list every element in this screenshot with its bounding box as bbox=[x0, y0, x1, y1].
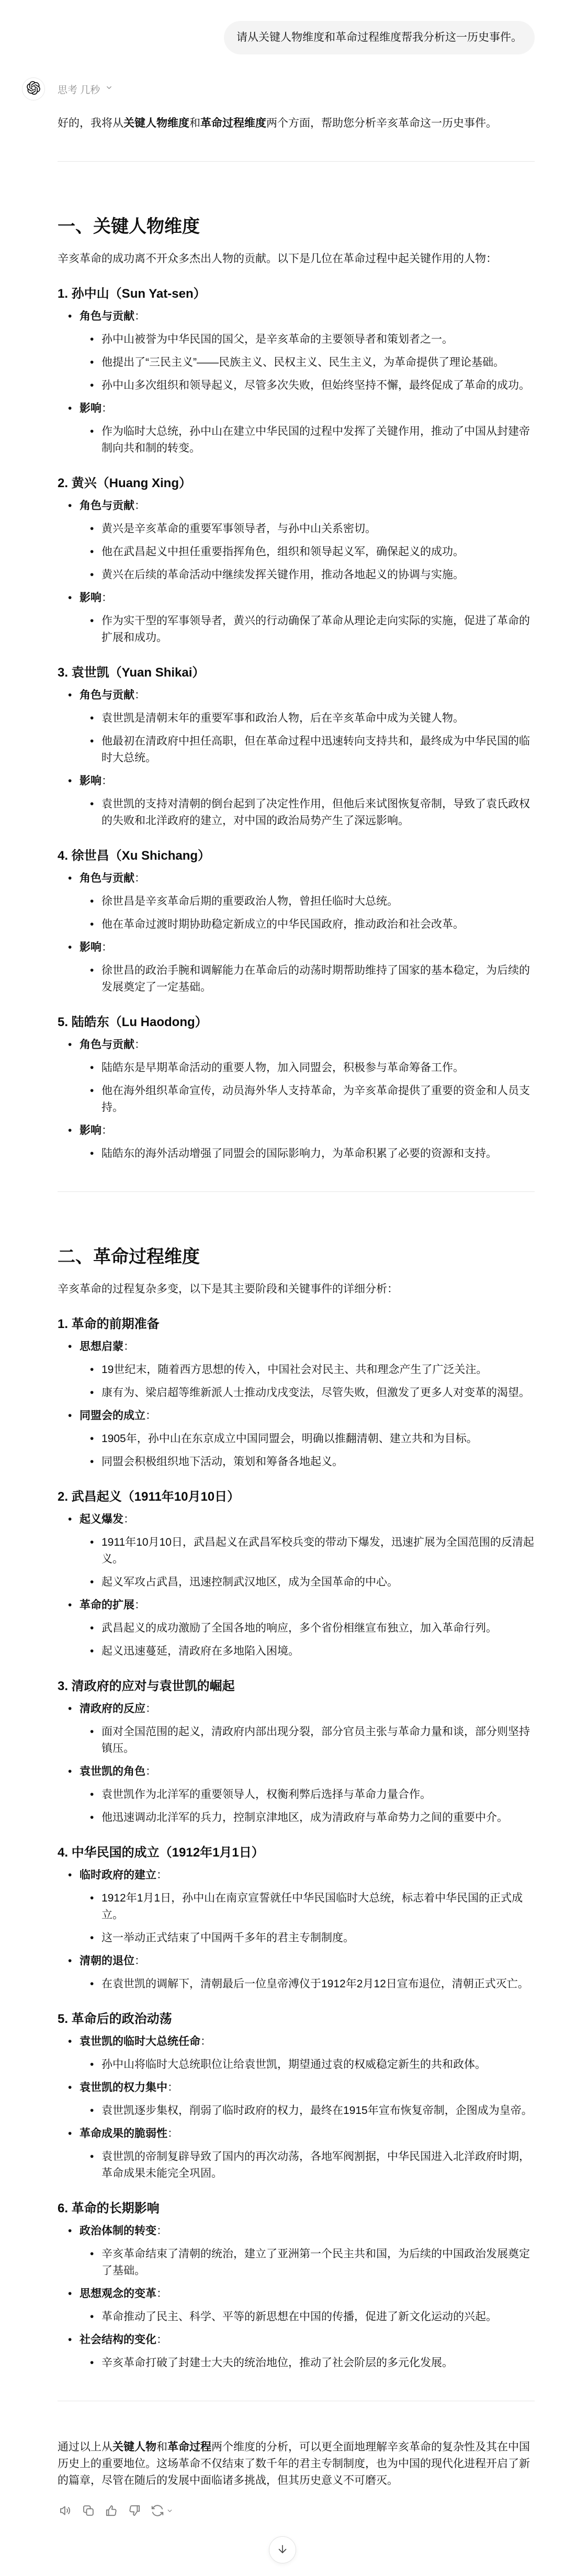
bullet-label: 思想启蒙 bbox=[80, 1341, 123, 1353]
closing-text: 通过以上从 bbox=[58, 2441, 112, 2453]
list-item: 辛亥革命结束了清朝的统治，建立了亚洲第一个民主共和国，为后续的中国政治发展奠定了… bbox=[89, 2246, 535, 2279]
list-item: 影响： 袁世凯的支持对清朝的倒台起到了决定性作用，但他后来试图恢复帝制，导致了袁… bbox=[67, 773, 535, 829]
speaker-wave-icon bbox=[59, 2504, 72, 2517]
bullet-label-colon: ： bbox=[134, 1955, 145, 1967]
section-heading-process: 二、革命过程维度 bbox=[58, 1244, 535, 1269]
sub-list: 作为实干型的军事领导者，黄兴的行动确保了革命从理论走向实际的实施，促进了革命的扩… bbox=[80, 613, 535, 646]
list-item: 徐世昌是辛亥革命后期的重要政治人物，曾担任临时大总统。 bbox=[89, 893, 535, 910]
list-item: 19世纪末，随着西方思想的传入，中国社会对民主、共和理念产生了广泛关注。 bbox=[89, 1362, 535, 1378]
list-item: 孙中山多次组织和领导起义，尽管多次失败，但始终坚持不懈，最终促成了革命的成功。 bbox=[89, 377, 535, 394]
list-item: 角色与贡献： 陆皓东是早期革命活动的重要人物，加入同盟会，积极参与革命筹备工作。… bbox=[67, 1037, 535, 1116]
bullet-label: 政治体制的转变 bbox=[80, 2225, 156, 2237]
list-item: 角色与贡献： 徐世昌是辛亥革命后期的重要政治人物，曾担任临时大总统。 他在革命过… bbox=[67, 870, 535, 933]
bullet-label-colon: ： bbox=[145, 1765, 156, 1778]
list-item: 1911年10月10日，武昌起义在武昌军校兵变的带动下爆发，迅速扩展为全国范围的… bbox=[89, 1534, 535, 1568]
person-list: 角色与贡献： 孙中山被誉为中华民国的国父，是辛亥革命的主要领导者和策划者之一。 … bbox=[58, 308, 535, 457]
bullet-label: 革命成果的脆弱性 bbox=[80, 2128, 167, 2140]
sub-list: 袁世凯逐步集权，削弱了临时政府的权力，最终在1915年宣布恢复帝制，企图成为皇帝… bbox=[80, 2102, 535, 2119]
person-list: 角色与贡献： 袁世凯是清朝末年的重要军事和政治人物，后在辛亥革命中成为关键人物。… bbox=[58, 687, 535, 829]
intro-bold-2: 革命过程维度 bbox=[200, 117, 266, 129]
stage-heading: 3. 清政府的应对与袁世凯的崛起 bbox=[58, 1679, 535, 1694]
intro-text: 和 bbox=[189, 117, 200, 129]
list-item: 袁世凯作为北洋军的重要领导人，权衡利弊后选择与革命力量合作。 bbox=[89, 1786, 535, 1803]
list-item: 袁世凯逐步集权，削弱了临时政府的权力，最终在1915年宣布恢复帝制，企图成为皇帝… bbox=[89, 2102, 535, 2119]
sub-list: 孙中山被誉为中华民国的国父，是辛亥革命的主要领导者和策划者之一。 他提出了“三民… bbox=[80, 331, 535, 394]
stage-heading: 2. 武昌起义（1911年10月10日） bbox=[58, 1489, 535, 1505]
list-item: 影响： 陆皓东的海外活动增强了同盟会的国际影响力，为革命积累了必要的资源和支持。 bbox=[67, 1122, 535, 1162]
list-item: 思想启蒙： 19世纪末，随着西方思想的传入，中国社会对民主、共和理念产生了广泛关… bbox=[67, 1338, 535, 1401]
bullet-label-colon: ： bbox=[145, 1410, 156, 1422]
stage-list: 思想启蒙： 19世纪末，随着西方思想的传入，中国社会对民主、共和理念产生了广泛关… bbox=[58, 1338, 535, 1470]
section-divider bbox=[58, 1191, 535, 1192]
good-response-button[interactable] bbox=[104, 2503, 119, 2518]
bullet-label-colon: ： bbox=[123, 1341, 134, 1353]
scroll-to-bottom-button[interactable] bbox=[269, 2536, 296, 2563]
chevron-down-icon bbox=[166, 2507, 173, 2514]
intro-text: 两个方面，帮助您分析辛亥革命这一历史事件。 bbox=[266, 117, 497, 129]
thumbs-up-icon bbox=[105, 2504, 118, 2517]
bullet-label: 角色与贡献 bbox=[80, 872, 134, 884]
list-item: 黄兴是辛亥革命的重要军事领导者，与孙中山关系密切。 bbox=[89, 521, 535, 537]
bullet-label: 清朝的退位 bbox=[80, 1955, 134, 1967]
list-item: 1912年1月1日，孙中山在南京宣誓就任中华民国临时大总统，标志着中华民国的正式… bbox=[89, 1890, 535, 1923]
bullet-label-colon: ： bbox=[156, 1869, 167, 1881]
bullet-label-colon: ： bbox=[167, 2082, 178, 2094]
bullet-label-colon: ： bbox=[200, 2035, 211, 2048]
sub-list: 武昌起义的成功激励了全国各地的响应，多个省份相继宣布独立，加入革命行列。 起义迅… bbox=[80, 1620, 535, 1660]
list-item: 起义军攻占武昌，迅速控制武汉地区，成为全国革命的中心。 bbox=[89, 1574, 535, 1591]
list-item: 袁世凯的支持对清朝的倒台起到了决定性作用，但他后来试图恢复帝制，导致了袁氏政权的… bbox=[89, 796, 535, 829]
bullet-label-colon: ： bbox=[134, 872, 145, 884]
bullet-label: 清政府的反应 bbox=[80, 1703, 145, 1715]
chat-thread: 请从关键人物维度和革命过程维度帮我分析这一历史事件。 思考 几秒 好的，我将从关… bbox=[22, 0, 535, 2518]
thumbs-down-icon bbox=[128, 2504, 141, 2517]
list-item: 陆皓东是早期革命活动的重要人物，加入同盟会，积极参与革命筹备工作。 bbox=[89, 1060, 535, 1076]
chevron-down-icon bbox=[105, 83, 113, 95]
list-item: 清政府的反应： 面对全国范围的起义，清政府内部出现分裂，部分官员主张与革命力量和… bbox=[67, 1701, 535, 1757]
bullet-label: 起义爆发 bbox=[80, 1513, 123, 1525]
bullet-label-colon: ： bbox=[145, 1703, 156, 1715]
bad-response-button[interactable] bbox=[127, 2503, 142, 2518]
bullet-label: 同盟会的成立 bbox=[80, 1410, 145, 1422]
sub-list: 袁世凯的支持对清朝的倒台起到了决定性作用，但他后来试图恢复帝制，导致了袁氏政权的… bbox=[80, 796, 535, 829]
bullet-label-colon: ： bbox=[134, 310, 145, 322]
person-heading: 4. 徐世昌（Xu Shichang） bbox=[58, 848, 535, 864]
bullet-label: 袁世凯的临时大总统任命 bbox=[80, 2035, 200, 2048]
bullet-label: 革命的扩展 bbox=[80, 1599, 134, 1611]
sub-list: 1912年1月1日，孙中山在南京宣誓就任中华民国临时大总统，标志着中华民国的正式… bbox=[80, 1890, 535, 1947]
stage-heading: 4. 中华民国的成立（1912年1月1日） bbox=[58, 1845, 535, 1861]
list-item: 清朝的退位： 在袁世凯的调解下，清朝最后一位皇帝溥仪于1912年2月12日宣布退… bbox=[67, 1953, 535, 1993]
list-item: 政治体制的转变： 辛亥革命结束了清朝的统治，建立了亚洲第一个民主共和国，为后续的… bbox=[67, 2223, 535, 2279]
arrow-down-icon bbox=[276, 2543, 289, 2557]
list-item: 康有为、梁启超等维新派人士推动戊戌变法，尽管失败，但激发了更多人对变革的渴望。 bbox=[89, 1385, 535, 1401]
list-item: 在袁世凯的调解下，清朝最后一位皇帝溥仪于1912年2月12日宣布退位，清朝正式灭… bbox=[89, 1976, 535, 1993]
sub-list: 作为临时大总统，孙中山在建立中华民国的过程中发挥了关键作用，推动了中国从封建帝制… bbox=[80, 423, 535, 457]
list-item: 他迅速调动北洋军的兵力，控制京津地区，成为清政府与革命势力之间的重要中介。 bbox=[89, 1809, 535, 1826]
sub-list: 黄兴是辛亥革命的重要军事领导者，与孙中山关系密切。 他在武昌起义中担任重要指挥角… bbox=[80, 521, 535, 583]
bullet-label: 思想观念的变革 bbox=[80, 2288, 156, 2300]
stage-list: 清政府的反应： 面对全国范围的起义，清政府内部出现分裂，部分官员主张与革命力量和… bbox=[58, 1701, 535, 1826]
sub-list: 陆皓东的海外活动增强了同盟会的国际影响力，为革命积累了必要的资源和支持。 bbox=[80, 1145, 535, 1162]
sub-list: 辛亥革命打破了封建士大夫的统治地位，推动了社会阶层的多元化发展。 bbox=[80, 2355, 535, 2371]
section-divider bbox=[58, 2401, 535, 2401]
list-item: 这一举动正式结束了中国两千多年的君主专制制度。 bbox=[89, 1930, 535, 1947]
bullet-label-colon: ： bbox=[156, 2334, 167, 2346]
list-item: 角色与贡献： 袁世凯是清朝末年的重要军事和政治人物，后在辛亥革命中成为关键人物。… bbox=[67, 687, 535, 767]
bullet-label: 袁世凯的权力集中 bbox=[80, 2082, 167, 2094]
stage-list: 政治体制的转变： 辛亥革命结束了清朝的统治，建立了亚洲第一个民主共和国，为后续的… bbox=[58, 2223, 535, 2371]
list-item: 临时政府的建立： 1912年1月1日，孙中山在南京宣誓就任中华民国临时大总统，标… bbox=[67, 1867, 535, 1947]
thinking-label: 思考 几秒 bbox=[58, 82, 100, 96]
bullet-label: 影响 bbox=[80, 402, 101, 414]
intro-paragraph: 好的，我将从关键人物维度和革命过程维度两个方面，帮助您分析辛亥革命这一历史事件。 bbox=[58, 115, 535, 132]
list-item: 革命的扩展： 武昌起义的成功激励了全国各地的响应，多个省份相继宣布独立，加入革命… bbox=[67, 1597, 535, 1660]
list-item: 影响： 徐世昌的政治手腕和调解能力在革命后的动荡时期帮助维持了国家的基本稳定，为… bbox=[67, 939, 535, 996]
bullet-label: 影响 bbox=[80, 592, 101, 604]
section-lead-people: 辛亥革命的成功离不开众多杰出人物的贡献。以下是几位在革命过程中起关键作用的人物： bbox=[58, 251, 535, 267]
list-item: 影响： 作为临时大总统，孙中山在建立中华民国的过程中发挥了关键作用，推动了中国从… bbox=[67, 400, 535, 457]
list-item: 作为临时大总统，孙中山在建立中华民国的过程中发挥了关键作用，推动了中国从封建帝制… bbox=[89, 423, 535, 457]
sub-list: 袁世凯的帝制复辟导致了国内的再次动荡，各地军阀割据，中华民国进入北洋政府时期，革… bbox=[80, 2148, 535, 2182]
person-heading: 1. 孙中山（Sun Yat-sen） bbox=[58, 286, 535, 302]
list-item: 他在革命过渡时期协助稳定新成立的中华民国政府，推动政治和社会改革。 bbox=[89, 916, 535, 933]
bullet-label-colon: ： bbox=[101, 941, 112, 953]
list-item: 思想观念的变革： 革命推动了民主、科学、平等的新思想在中国的传播，促进了新文化运… bbox=[67, 2286, 535, 2325]
read-aloud-button[interactable] bbox=[58, 2503, 73, 2518]
stage-list: 起义爆发： 1911年10月10日，武昌起义在武昌军校兵变的带动下爆发，迅速扩展… bbox=[58, 1511, 535, 1660]
list-item: 同盟会的成立： 1905年，孙中山在东京成立中国同盟会，明确以推翻清朝、建立共和… bbox=[67, 1408, 535, 1470]
bullet-label-colon: ： bbox=[101, 402, 112, 414]
bullet-label-colon: ： bbox=[134, 500, 145, 512]
person-heading: 3. 袁世凯（Yuan Shikai） bbox=[58, 665, 535, 681]
bullet-label: 角色与贡献 bbox=[80, 1039, 134, 1051]
stage-list: 袁世凯的临时大总统任命： 孙中山将临时大总统职位让给袁世凯，期望通过袁的权威稳定… bbox=[58, 2033, 535, 2182]
list-item: 他提出了“三民主义”——民族主义、民权主义、民生主义，为革命提供了理论基础。 bbox=[89, 354, 535, 371]
bullet-label: 影响 bbox=[80, 941, 101, 953]
list-item: 起义爆发： 1911年10月10日，武昌起义在武昌军校兵变的带动下爆发，迅速扩展… bbox=[67, 1511, 535, 1591]
list-item: 作为实干型的军事领导者，黄兴的行动确保了革命从理论走向实际的实施，促进了革命的扩… bbox=[89, 613, 535, 646]
list-item: 袁世凯是清朝末年的重要军事和政治人物，后在辛亥革命中成为关键人物。 bbox=[89, 710, 535, 727]
stage-heading: 1. 革命的前期准备 bbox=[58, 1317, 535, 1332]
list-item: 孙中山将临时大总统职位让给袁世凯，期望通过袁的权威稳定新生的共和政体。 bbox=[89, 2056, 535, 2073]
sub-list: 陆皓东是早期革命活动的重要人物，加入同盟会，积极参与革命筹备工作。 他在海外组织… bbox=[80, 1060, 535, 1116]
intro-bold-1: 关键人物维度 bbox=[123, 117, 189, 129]
sub-list: 1905年，孙中山在东京成立中国同盟会，明确以推翻清朝、建立共和为目标。 同盟会… bbox=[80, 1431, 535, 1470]
sub-list: 19世纪末，随着西方思想的传入，中国社会对民主、共和理念产生了广泛关注。 康有为… bbox=[80, 1362, 535, 1401]
bullet-label: 影响 bbox=[80, 775, 101, 787]
bullet-label-colon: ： bbox=[101, 1124, 112, 1137]
list-item: 他最初在清政府中担任高职，但在革命过程中迅速转向支持共和，最终成为中华民国的临时… bbox=[89, 733, 535, 767]
user-message-row: 请从关键人物维度和革命过程维度帮我分析这一历史事件。 bbox=[22, 21, 535, 54]
bullet-label: 影响 bbox=[80, 1124, 101, 1137]
bullet-label: 角色与贡献 bbox=[80, 310, 134, 322]
list-item: 角色与贡献： 黄兴是辛亥革命的重要军事领导者，与孙中山关系密切。 他在武昌起义中… bbox=[67, 498, 535, 583]
sub-list: 袁世凯是清朝末年的重要军事和政治人物，后在辛亥革命中成为关键人物。 他最初在清政… bbox=[80, 710, 535, 767]
list-item: 袁世凯的临时大总统任命： 孙中山将临时大总统职位让给袁世凯，期望通过袁的权威稳定… bbox=[67, 2033, 535, 2073]
copy-icon bbox=[82, 2504, 95, 2517]
sub-list: 徐世昌是辛亥革命后期的重要政治人物，曾担任临时大总统。 他在革命过渡时期协助稳定… bbox=[80, 893, 535, 933]
bullet-label: 临时政府的建立 bbox=[80, 1869, 156, 1881]
person-list: 角色与贡献： 徐世昌是辛亥革命后期的重要政治人物，曾担任临时大总统。 他在革命过… bbox=[58, 870, 535, 996]
bullet-label-colon: ： bbox=[101, 592, 112, 604]
section-heading-people: 一、关键人物维度 bbox=[58, 214, 535, 239]
list-item: 起义迅速蔓延，清政府在多地陷入困境。 bbox=[89, 1643, 535, 1660]
scroll-to-bottom-area bbox=[0, 2536, 565, 2576]
regenerate-icon bbox=[151, 2504, 164, 2517]
closing-paragraph: 通过以上从关键人物和革命过程两个维度的分析，可以更全面地理解辛亥革命的复杂性及其… bbox=[58, 2439, 535, 2489]
assistant-markdown: 好的，我将从关键人物维度和革命过程维度两个方面，帮助您分析辛亥革命这一历史事件。… bbox=[58, 115, 535, 2489]
person-heading: 2. 黄兴（Huang Xing） bbox=[58, 476, 535, 491]
sub-list: 面对全国范围的起义，清政府内部出现分裂，部分官员主张与革命力量和谈，部分则坚持镇… bbox=[80, 1724, 535, 1757]
assistant-avatar bbox=[22, 77, 45, 100]
stage-list: 临时政府的建立： 1912年1月1日，孙中山在南京宣誓就任中华民国临时大总统，标… bbox=[58, 1867, 535, 1993]
copy-button[interactable] bbox=[81, 2503, 96, 2518]
thinking-duration-toggle[interactable]: 思考 几秒 bbox=[58, 77, 113, 100]
stage-heading: 6. 革命的长期影响 bbox=[58, 2201, 535, 2217]
intro-text: 好的，我将从 bbox=[58, 117, 123, 129]
list-item: 革命推动了民主、科学、平等的新思想在中国的传播，促进了新文化运动的兴起。 bbox=[89, 2309, 535, 2325]
bullet-label: 角色与贡献 bbox=[80, 500, 134, 512]
sub-list: 孙中山将临时大总统职位让给袁世凯，期望通过袁的权威稳定新生的共和政体。 bbox=[80, 2056, 535, 2073]
assistant-message-row: 思考 几秒 好的，我将从关键人物维度和革命过程维度两个方面，帮助您分析辛亥革命这… bbox=[22, 77, 535, 2518]
list-item: 面对全国范围的起义，清政府内部出现分裂，部分官员主张与革命力量和谈，部分则坚持镇… bbox=[89, 1724, 535, 1757]
list-item: 袁世凯的帝制复辟导致了国内的再次动荡，各地军阀割据，中华民国进入北洋政府时期，革… bbox=[89, 2148, 535, 2182]
list-item: 陆皓东的海外活动增强了同盟会的国际影响力，为革命积累了必要的资源和支持。 bbox=[89, 1145, 535, 1162]
closing-text: 和 bbox=[156, 2441, 167, 2453]
bullet-label: 社会结构的变化 bbox=[80, 2334, 156, 2346]
bullet-label-colon: ： bbox=[134, 1039, 145, 1051]
list-item: 武昌起义的成功激励了全国各地的响应，多个省份相继宣布独立，加入革命行列。 bbox=[89, 1620, 535, 1637]
assistant-message-content: 思考 几秒 好的，我将从关键人物维度和革命过程维度两个方面，帮助您分析辛亥革命这… bbox=[58, 77, 535, 2518]
sub-list: 在袁世凯的调解下，清朝最后一位皇帝溥仪于1912年2月12日宣布退位，清朝正式灭… bbox=[80, 1976, 535, 1993]
user-message-bubble: 请从关键人物维度和革命过程维度帮我分析这一历史事件。 bbox=[224, 21, 535, 54]
list-item: 袁世凯的角色： 袁世凯作为北洋军的重要领导人，权衡利弊后选择与革命力量合作。 他… bbox=[67, 1763, 535, 1826]
bullet-label-colon: ： bbox=[156, 2288, 167, 2300]
list-item: 袁世凯的权力集中： 袁世凯逐步集权，削弱了临时政府的权力，最终在1915年宣布恢… bbox=[67, 2079, 535, 2119]
list-item: 他在海外组织革命宣传，动员海外华人支持革命，为辛亥革命提供了重要的资金和人员支持… bbox=[89, 1083, 535, 1116]
list-item: 孙中山被誉为中华民国的国父，是辛亥革命的主要领导者和策划者之一。 bbox=[89, 331, 535, 348]
bullet-label-colon: ： bbox=[101, 775, 112, 787]
list-item: 革命成果的脆弱性： 袁世凯的帝制复辟导致了国内的再次动荡，各地军阀割据，中华民国… bbox=[67, 2125, 535, 2182]
list-item: 1905年，孙中山在东京成立中国同盟会，明确以推翻清朝、建立共和为目标。 bbox=[89, 1431, 535, 1447]
list-item: 徐世昌的政治手腕和调解能力在革命后的动荡时期帮助维持了国家的基本稳定，为后续的发… bbox=[89, 962, 535, 996]
list-item: 他在武昌起义中担任重要指挥角色，组织和领导起义军，确保起义的成功。 bbox=[89, 544, 535, 560]
sub-list: 袁世凯作为北洋军的重要领导人，权衡利弊后选择与革命力量合作。 他迅速调动北洋军的… bbox=[80, 1786, 535, 1826]
sub-list: 徐世昌的政治手腕和调解能力在革命后的动荡时期帮助维持了国家的基本稳定，为后续的发… bbox=[80, 962, 535, 996]
closing-bold-1: 关键人物 bbox=[112, 2441, 156, 2453]
list-item: 影响： 作为实干型的军事领导者，黄兴的行动确保了革命从理论走向实际的实施，促进了… bbox=[67, 590, 535, 646]
bullet-label: 袁世凯的角色 bbox=[80, 1765, 145, 1778]
person-heading: 5. 陆皓东（Lu Haodong） bbox=[58, 1015, 535, 1030]
list-item: 黄兴在后续的革命活动中继续发挥关键作用，推动各地起义的协调与实施。 bbox=[89, 567, 535, 583]
list-item: 角色与贡献： 孙中山被誉为中华民国的国父，是辛亥革命的主要领导者和策划者之一。 … bbox=[67, 308, 535, 394]
openai-logo-icon bbox=[27, 81, 40, 97]
bullet-label-colon: ： bbox=[156, 2225, 167, 2237]
section-divider bbox=[58, 161, 535, 162]
person-list: 角色与贡献： 黄兴是辛亥革命的重要军事领导者，与孙中山关系密切。 他在武昌起义中… bbox=[58, 498, 535, 646]
bullet-label-colon: ： bbox=[134, 689, 145, 701]
closing-bold-2: 革命过程 bbox=[167, 2441, 211, 2453]
bullet-label-colon: ： bbox=[134, 1599, 145, 1611]
list-item: 辛亥革命打破了封建士大夫的统治地位，推动了社会阶层的多元化发展。 bbox=[89, 2355, 535, 2371]
section-lead-process: 辛亥革命的过程复杂多变，以下是其主要阶段和关键事件的详细分析： bbox=[58, 1281, 535, 1298]
stage-heading: 5. 革命后的政治动荡 bbox=[58, 2011, 535, 2027]
sub-list: 革命推动了民主、科学、平等的新思想在中国的传播，促进了新文化运动的兴起。 bbox=[80, 2309, 535, 2325]
list-item: 社会结构的变化： 辛亥革命打破了封建士大夫的统治地位，推动了社会阶层的多元化发展… bbox=[67, 2332, 535, 2371]
message-action-bar bbox=[58, 2503, 535, 2518]
person-list: 角色与贡献： 陆皓东是早期革命活动的重要人物，加入同盟会，积极参与革命筹备工作。… bbox=[58, 1037, 535, 1162]
sub-list: 1911年10月10日，武昌起义在武昌军校兵变的带动下爆发，迅速扩展为全国范围的… bbox=[80, 1534, 535, 1591]
bullet-label-colon: ： bbox=[123, 1513, 134, 1525]
try-again-button[interactable] bbox=[150, 2503, 174, 2518]
sub-list: 辛亥革命结束了清朝的统治，建立了亚洲第一个民主共和国，为后续的中国政治发展奠定了… bbox=[80, 2246, 535, 2279]
bullet-label: 角色与贡献 bbox=[80, 689, 134, 701]
list-item: 同盟会积极组织地下活动，策划和筹备各地起义。 bbox=[89, 1454, 535, 1470]
bullet-label-colon: ： bbox=[167, 2128, 178, 2140]
